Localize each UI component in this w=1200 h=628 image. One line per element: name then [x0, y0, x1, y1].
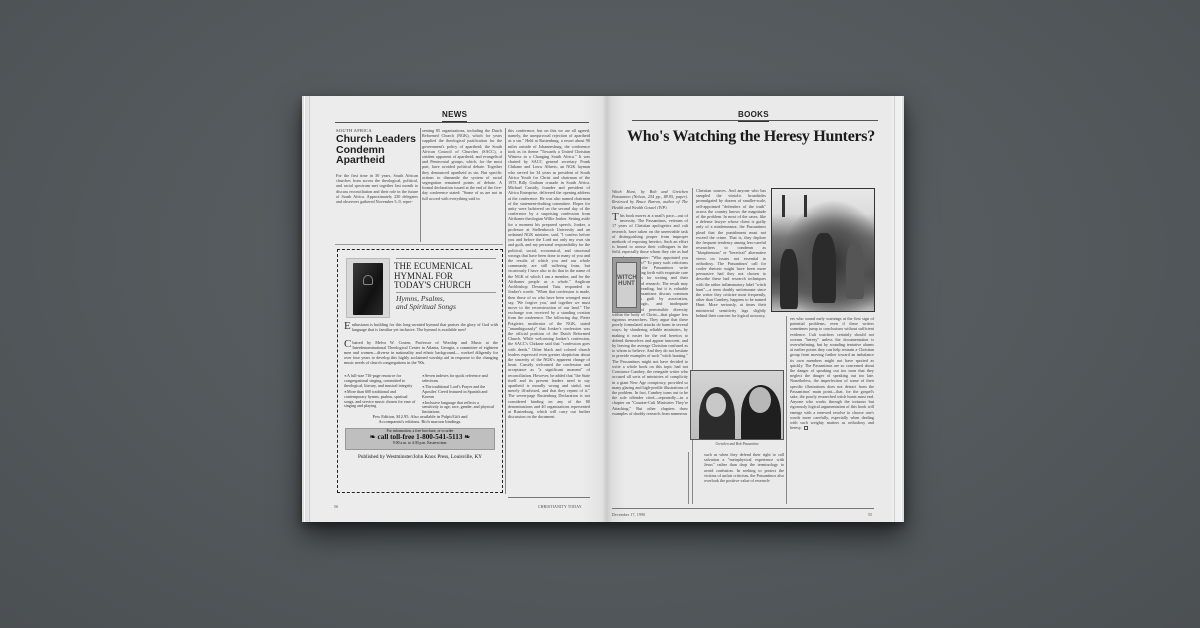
ad-text: nthusiasm is building for this long-awai… — [352, 322, 498, 332]
footer-rule — [508, 497, 590, 498]
news-column-1: For the first time in 30 years, South Af… — [336, 173, 418, 241]
end-mark-icon — [804, 426, 808, 430]
ad-subtitle-line: and Spiritual Songs — [396, 303, 456, 311]
book-cover-title: WITCH HUNT — [616, 262, 637, 308]
ad-bullet: The traditional Lord's Prayer and the Ap… — [422, 385, 496, 400]
ad-order-box: For information, a free brochure, or to … — [345, 428, 495, 450]
page-edge — [894, 96, 902, 522]
figure-icon — [812, 233, 836, 303]
issue-date: December 17, 1990 — [612, 513, 645, 517]
ad-paragraph-1: Enthusiasm is building for this long-awa… — [344, 322, 498, 332]
ad-bullets-right: Seven indexes for quick reference and se… — [422, 374, 496, 416]
ad-rule — [396, 258, 496, 259]
column-text: his book moves at a snail's pace—out of … — [612, 213, 688, 416]
column-rule — [688, 452, 689, 504]
review-byline: Witch Hunt, by Bob and Gretchen Passanti… — [612, 189, 688, 209]
fleuron-icon: ❧ — [462, 433, 470, 441]
header-rule — [335, 122, 589, 123]
hymnal-book-icon — [353, 263, 383, 315]
review-column-3: ers who sound early warnings at the firs… — [790, 316, 874, 502]
footer-rule — [612, 508, 874, 509]
magazine-spread: NEWS SOUTH AFRICA Church Leaders Condemn… — [302, 96, 904, 522]
drop-cap: C — [344, 340, 351, 349]
dove-emblem-icon — [363, 275, 373, 285]
order-hours: 9:00 a.m. to 4:30 p.m. Eastern time. — [346, 441, 494, 446]
news-column-2: senting 85 organizations, including the … — [422, 128, 502, 242]
column-rule — [786, 316, 787, 504]
fleuron-icon: ❧ — [370, 433, 378, 441]
column-rule — [420, 128, 421, 242]
ad-paragraph-2: Chaired by Melva W. Costen, Professor of… — [344, 340, 498, 365]
hymnal-advertisement: THE ECUMENICAL HYMNAL FOR TODAY'S CHURCH… — [337, 249, 503, 493]
column-text: ers who sound early warnings at the firs… — [790, 316, 874, 430]
ad-bullet: More than 600 traditional and contempora… — [344, 390, 418, 410]
page-edge — [304, 96, 310, 522]
headline-line: Apartheid — [336, 155, 416, 166]
hymnal-book-image — [346, 258, 390, 318]
author-photo — [690, 370, 784, 440]
review-column-2b: such as when they defend their right to … — [704, 452, 784, 504]
column-rule — [692, 188, 693, 504]
ad-subtitle: Hymns, Psalms, and Spiritual Songs — [396, 295, 456, 311]
drop-cap: E — [344, 322, 351, 331]
figure-icon — [780, 249, 798, 309]
edition-line: Accompanist's editions. Rich maroon bind… — [338, 419, 502, 424]
ad-edition-info: Pew Edition, $12.95. Also available in P… — [338, 414, 502, 425]
right-page-books: BOOKS Who's Watching the Heresy Hunters?… — [606, 96, 904, 522]
header-rule — [632, 120, 878, 121]
magazine-name: CHRISTIANITY TODAY — [538, 505, 582, 509]
review-column-2-cont — [696, 314, 768, 366]
ad-title: THE ECUMENICAL HYMNAL FOR TODAY'S CHURCH — [394, 262, 473, 291]
phone-number: call toll-free 1-800-541-5113 — [378, 433, 463, 441]
left-page-news: NEWS SOUTH AFRICA Church Leaders Condemn… — [302, 96, 606, 522]
divider — [335, 244, 503, 245]
page-number-left: 56 — [334, 505, 338, 509]
ad-bullets-left: A full-size 716-page resource for congre… — [344, 374, 418, 410]
column-rule — [505, 128, 506, 494]
article-headline: Church Leaders Condemn Apartheid — [336, 134, 416, 166]
figure-icon — [846, 243, 864, 299]
photo-caption: Gretchen and Bob Passantino — [690, 442, 784, 446]
spire-icon — [782, 195, 785, 217]
spire-icon — [804, 195, 807, 217]
ad-publisher: Published by Westminster/John Knox Press… — [338, 454, 502, 460]
ad-rule — [396, 292, 496, 293]
ad-bullet: Seven indexes for quick reference and se… — [422, 374, 496, 384]
face — [749, 387, 771, 413]
review-title: Who's Watching the Heresy Hunters? — [606, 128, 896, 146]
page-number-right: 55 — [868, 513, 872, 517]
headline-line: Church Leaders — [336, 134, 416, 145]
ad-bullet: A full-size 716-page resource for congre… — [344, 374, 418, 389]
witch-hunt-woodcut-illustration — [771, 188, 875, 312]
face — [706, 393, 726, 417]
news-column-3: this conference, but on this we are all … — [508, 128, 590, 494]
order-phone: ❧ call toll-free 1-800-541-5113 ❧ — [346, 434, 494, 441]
ad-text: haired by Melva W. Costen, Professor of … — [344, 340, 498, 365]
ad-title-line: TODAY'S CHURCH — [394, 281, 473, 291]
witch-hunt-book-cover: WITCH HUNT — [612, 257, 641, 313]
drop-cap: T — [612, 213, 619, 222]
section-header-news: NEWS — [442, 110, 467, 122]
